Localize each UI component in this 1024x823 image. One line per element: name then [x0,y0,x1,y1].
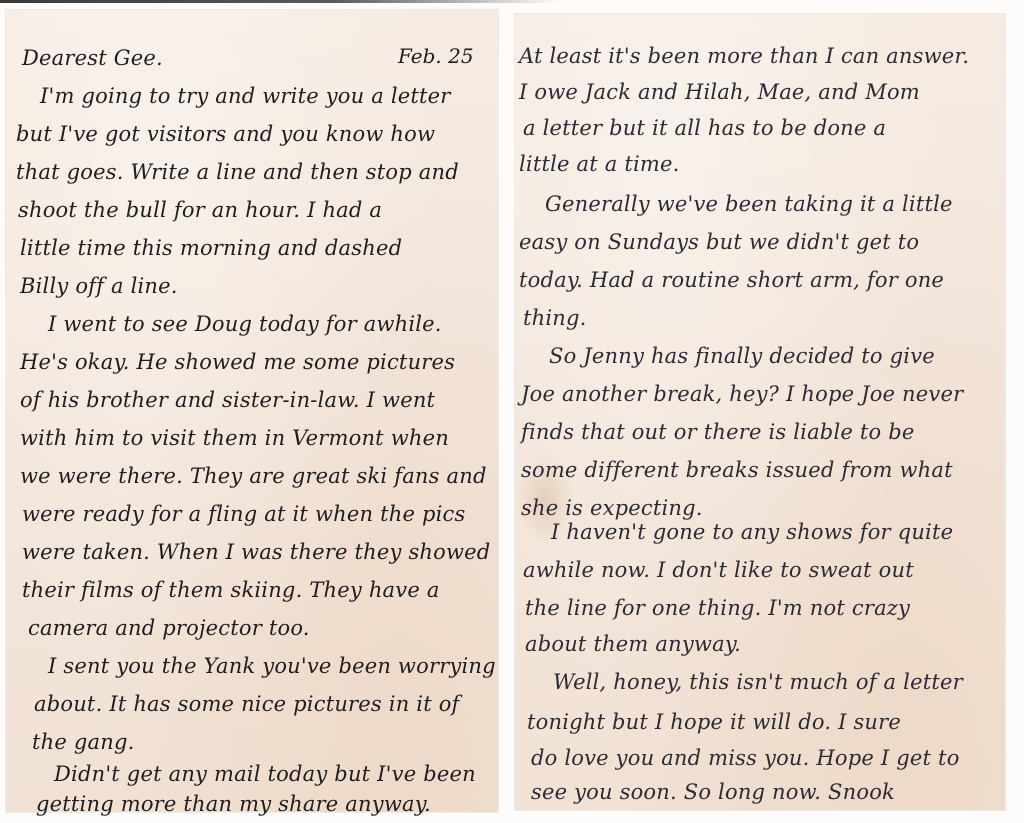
letter-line: He's okay. He showed me some pictures [20,350,455,374]
letter-line: shoot the bull for an hour. I had a [18,198,382,222]
letter-line: So Jenny has finally decided to give [549,344,935,368]
letter-line: I owe Jack and Hilah, Mae, and Mom [519,80,920,104]
letter-line: that goes. Write a line and then stop an… [16,160,459,184]
letter-line: a letter but it all has to be done a [523,116,886,140]
letter-line: thing. [523,306,587,330]
letter-line: were ready for a fling at it when the pi… [22,502,465,526]
letter-page-right: At least it's been more than I can answe… [515,14,1005,810]
letter-line: of his brother and sister-in-law. I went [20,388,435,412]
letter-line: were taken. When I was there they showed [22,540,490,564]
letter-line: little at a time. [519,152,680,176]
letter-line: easy on Sundays but we didn't get to [519,230,919,254]
salutation: Dearest Gee. [22,46,163,70]
scan-edge-strip [0,0,560,3]
letter-line: At least it's been more than I can answe… [519,44,969,68]
letter-line: tonight but I hope it will do. I sure [527,710,901,734]
letter-line: she is expecting. [521,496,703,520]
letter-line: we were there. They are great ski fans a… [20,464,487,488]
letter-line: I went to see Doug today for awhile. [48,312,442,336]
letter-line: see you soon. So long now. Snook [531,780,895,804]
letter-line: getting more than my share anyway. [36,792,431,816]
letter-line: Didn't get any mail today but I've been [54,762,476,786]
letter-page-left: Dearest Gee. Feb. 25 I'm going to try an… [6,10,498,812]
letter-line: I haven't gone to any shows for quite [551,520,953,544]
letter-line: but I've got visitors and you know how [16,122,435,146]
letter-date: Feb. 25 [398,44,474,68]
letter-line: I sent you the Yank you've been worrying [48,654,496,678]
letter-line: about them anyway. [525,632,741,656]
letter-line: about. It has some nice pictures in it o… [34,692,460,716]
letter-line: the gang. [32,730,134,754]
letter-line: do love you and miss you. Hope I get to [531,746,960,770]
letter-line: camera and projector too. [28,616,310,640]
letter-line: Joe another break, hey? I hope Joe never [521,382,963,406]
scanned-letter: Dearest Gee. Feb. 25 I'm going to try an… [0,0,1024,823]
letter-line: Well, honey, this isn't much of a letter [553,670,963,694]
letter-line: some different breaks issued from what [521,458,953,482]
letter-line: awhile now. I don't like to sweat out [523,558,914,582]
letter-line: today. Had a routine short arm, for one [519,268,944,292]
letter-line: little time this morning and dashed [20,236,402,260]
letter-line: the line for one thing. I'm not crazy [525,596,910,620]
letter-line: finds that out or there is liable to be [521,420,915,444]
letter-line: their films of them skiing. They have a [22,578,440,602]
letter-line: I'm going to try and write you a letter [40,84,451,108]
letter-line: with him to visit them in Vermont when [20,426,449,450]
letter-line: Billy off a line. [20,274,178,298]
letter-line: Generally we've been taking it a little [545,192,953,216]
